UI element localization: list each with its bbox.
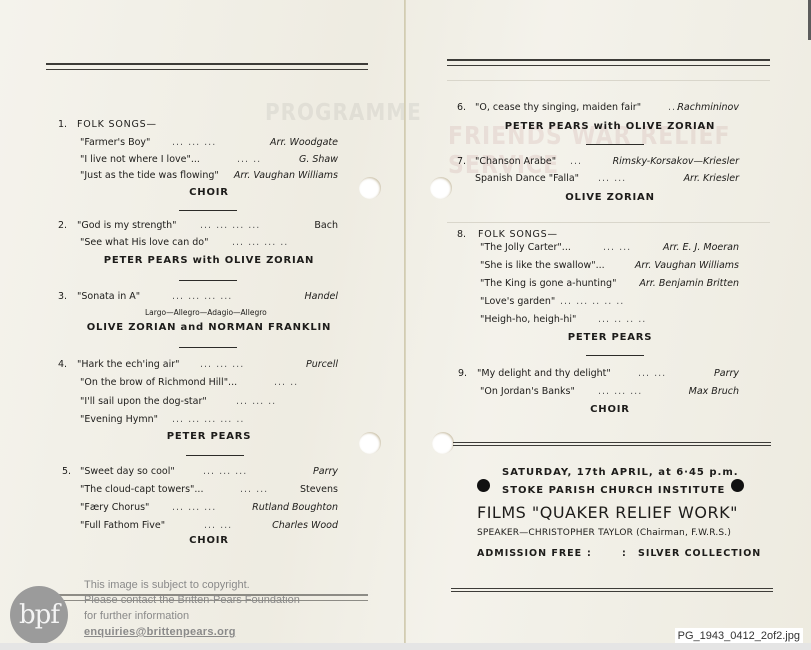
leader-dots: ... ... [598, 173, 626, 185]
item-number: 3. [58, 291, 67, 303]
composer: Parry [313, 466, 338, 478]
leader-dots: ... ... .. .. .. [560, 296, 624, 308]
item-number: 8. [457, 229, 466, 241]
composer: Rimsky-Korsakov—Kriesler [613, 156, 739, 168]
composer: Arr. Vaughan Williams [234, 170, 338, 182]
bottom-rule-right [451, 588, 773, 592]
bpf-logo: bpf [10, 586, 68, 644]
composer: Arr. Woodgate [270, 137, 338, 149]
performer: PETER PEARS with OLIVE ZORIAN [460, 121, 760, 133]
piece-title: "Sonata in A" [77, 291, 140, 303]
composer: Arr. Benjamin Britten [639, 278, 739, 290]
leader-dots: ... ... ... [203, 466, 247, 478]
leader-dots: ... ... [204, 520, 232, 532]
piece-title: "O, cease thy singing, maiden fair" [475, 102, 641, 114]
composer: Rachmininov [677, 102, 739, 114]
item-number: 7. [457, 156, 466, 168]
leader-dots: ... ... [240, 484, 268, 496]
performer: OLIVE ZORIAN [460, 192, 760, 204]
top-rule-left [46, 63, 368, 70]
item-number: 4. [58, 359, 67, 371]
event-venue: STOKE PARISH CHURCH INSTITUTE [502, 485, 725, 497]
page-fold [404, 0, 406, 650]
item-number: 6. [457, 102, 466, 114]
faint-rule [447, 222, 770, 223]
composer: Rutland Boughton [252, 502, 338, 514]
event-films: FILMS "QUAKER RELIEF WORK" [477, 504, 738, 522]
piece-title: "I live not where I love"... [80, 154, 200, 166]
piece-title: "Evening Hymn" [80, 414, 158, 426]
section-separator [179, 210, 237, 211]
piece-title: "The King is gone a-hunting" [480, 278, 616, 290]
watermark-email-link[interactable]: enquiries@brittenpears.org [84, 625, 236, 640]
top-rule-right [447, 59, 770, 66]
section-separator [586, 144, 644, 145]
piece-title: "The cloud-capt towers"... [80, 484, 203, 496]
bullet-icon [731, 479, 744, 492]
silver-collection: SILVER COLLECTION [638, 548, 761, 560]
section-separator [586, 355, 644, 356]
piece-title: "On the brow of Richmond Hill"... [80, 377, 237, 389]
bleed-through-left: PROGRAMME [265, 98, 422, 126]
punch-hole [359, 432, 381, 454]
composer: Charles Wood [272, 520, 338, 532]
piece-title: "See what His love can do" [80, 237, 208, 249]
composer: Arr. Kriesler [684, 173, 739, 185]
performer: CHOIR [80, 535, 338, 547]
piece-title: "Hark the ech'ing air" [77, 359, 180, 371]
leader-dots: ... ... ... [598, 386, 642, 398]
piece-title: "Farmer's Boy" [80, 137, 150, 149]
event-speaker: SPEAKER—CHRISTOPHER TAYLOR (Chairman, F.… [477, 528, 731, 539]
composer: Arr. Vaughan Williams [635, 260, 739, 272]
piece-title: "The Jolly Carter"... [480, 242, 571, 254]
leader-dots: ... ... ... [200, 359, 244, 371]
leader-dots: ... ... ... [172, 137, 216, 149]
composer: Stevens [300, 484, 338, 496]
performer: PETER PEARS with OLIVE ZORIAN [70, 255, 348, 267]
watermark-line: This image is subject to copyright. [84, 578, 250, 593]
piece-title: "On Jordan's Banks" [480, 386, 575, 398]
piece-title: "God is my strength" [77, 220, 176, 232]
composer: Arr. E. J. Moeran [663, 242, 739, 254]
composer: Bach [314, 220, 338, 232]
leader-dots: ... .. [237, 154, 261, 166]
performer: CHOIR [460, 404, 760, 416]
leader-dots: ... [570, 156, 582, 168]
event-date: SATURDAY, 17th APRIL, at 6·45 p.m. [502, 467, 739, 479]
programme-scan: FRIENDS WAR RELIEF SERVICE PROGRAMME 1. … [0, 0, 811, 650]
composer: Purcell [306, 359, 338, 371]
performer: CHOIR [80, 187, 338, 199]
item-number: 5. [62, 466, 71, 478]
watermark-line: for further information [84, 609, 189, 624]
leader-dots: ... .. [274, 377, 298, 389]
composer: Handel [304, 291, 338, 303]
item-number: 1. [58, 119, 67, 131]
composer: Parry [714, 368, 739, 380]
section-separator [179, 347, 237, 348]
item-number: 2. [58, 220, 67, 232]
leader-dots: ... ... ... [172, 502, 216, 514]
piece-title: "Heigh-ho, heigh-hi" [480, 314, 576, 326]
admission-separator: : : [587, 548, 627, 560]
leader-dots: ... ... .. [236, 396, 276, 408]
punch-hole [359, 177, 381, 199]
item-heading: FOLK SONGS— [77, 119, 157, 131]
piece-title: "Færy Chorus" [80, 502, 149, 514]
piece-title: "Love's garden" [480, 296, 555, 308]
performer: PETER PEARS [460, 332, 760, 344]
watermark-line: Please contact the Britten-Pears Foundat… [84, 593, 300, 608]
bullet-icon [477, 479, 490, 492]
leader-dots: ... ... ... .. [232, 237, 288, 249]
bottom-strip [0, 643, 811, 650]
faint-rule-right [447, 80, 770, 81]
piece-title: "My delight and thy delight" [477, 368, 611, 380]
piece-title: Spanish Dance "Falla" [475, 173, 579, 185]
section-separator [179, 280, 237, 281]
leader-dots: ... ... ... ... [200, 220, 260, 232]
leader-dots: ... ... [638, 368, 666, 380]
piece-title: "Chanson Arabe" [475, 156, 556, 168]
movements: Largo—Allegro—Adagio—Allegro [145, 308, 267, 318]
piece-title: "Just as the tide was flowing" [80, 170, 219, 182]
piece-title: "Full Fathom Five" [80, 520, 165, 532]
composer: G. Shaw [299, 154, 338, 166]
punch-hole [432, 432, 454, 454]
leader-dots: ... ... ... ... [172, 291, 232, 303]
admission-free: ADMISSION FREE [477, 548, 582, 560]
section-separator [186, 455, 244, 456]
piece-title: "She is like the swallow"... [480, 260, 605, 272]
piece-title: "I'll sail upon the dog-star" [80, 396, 207, 408]
punch-hole [430, 177, 452, 199]
leader-dots: ... ... [603, 242, 631, 254]
piece-title: "Sweet day so cool" [80, 466, 175, 478]
item-number: 9. [458, 368, 467, 380]
composer: Max Bruch [689, 386, 739, 398]
item-heading: FOLK SONGS— [478, 229, 558, 241]
performer: OLIVE ZORIAN and NORMAN FRANKLIN [70, 322, 348, 334]
mid-rule-right [453, 442, 771, 446]
leader-dots: ... .. .. .. [598, 314, 646, 326]
leader-dots: ... ... ... ... .. [172, 414, 244, 426]
performer: PETER PEARS [80, 431, 338, 443]
filename-label: PG_1943_0412_2of2.jpg [675, 628, 803, 644]
